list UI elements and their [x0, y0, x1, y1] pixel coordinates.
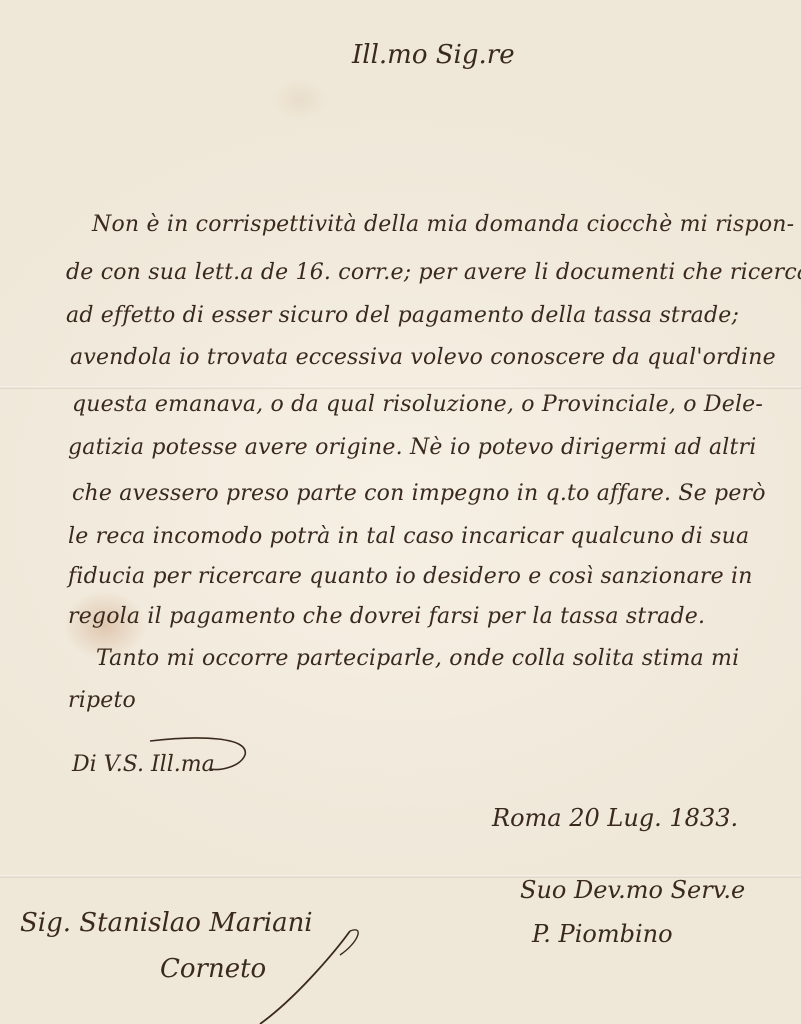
body-line: avendola io trovata eccessiva volevo con… [70, 345, 776, 370]
addressee-town: Corneto [20, 946, 313, 992]
body-line: che avessero preso parte con impegno in … [72, 481, 766, 506]
letter-page: Ill.mo Sig.re Non è in corrispettività d… [0, 0, 801, 1024]
signature-closing: Suo Dev.mo Serv.e [520, 868, 745, 912]
paper-fold-line [0, 386, 801, 389]
body-line: fiducia per ricercare quanto io desidero… [68, 564, 753, 589]
body-line: ripeto [68, 688, 136, 713]
body-line: gatizia potesse avere origine. Nè io pot… [68, 435, 757, 460]
closing-formula: Di V.S. Ill.ma [72, 752, 215, 777]
salutation: Ill.mo Sig.re [352, 40, 515, 70]
signature-block: Suo Dev.mo Serv.e P. Piombino [520, 868, 745, 956]
body-line: ad effetto di esser sicuro del pagamento… [66, 303, 739, 328]
body-line: Non è in corrispettività della mia doman… [92, 212, 794, 237]
body-line: Tanto mi occorre parteciparle, onde coll… [96, 646, 739, 671]
body-line: de con sua lett.a de 16. corr.e; per ave… [66, 260, 801, 285]
addressee-name: Sig. Stanislao Mariani [20, 900, 313, 946]
body-line: regola il pagamento che dovrei farsi per… [68, 604, 705, 629]
place-date: Roma 20 Lug. 1833. [492, 804, 738, 832]
body-line: questa emanava, o da qual risoluzione, o… [72, 392, 763, 417]
addressee-block: Sig. Stanislao Mariani Corneto [20, 900, 313, 992]
signature-name: P. Piombino [520, 912, 745, 956]
body-line: le reca incomodo potrà in tal caso incar… [68, 524, 749, 549]
